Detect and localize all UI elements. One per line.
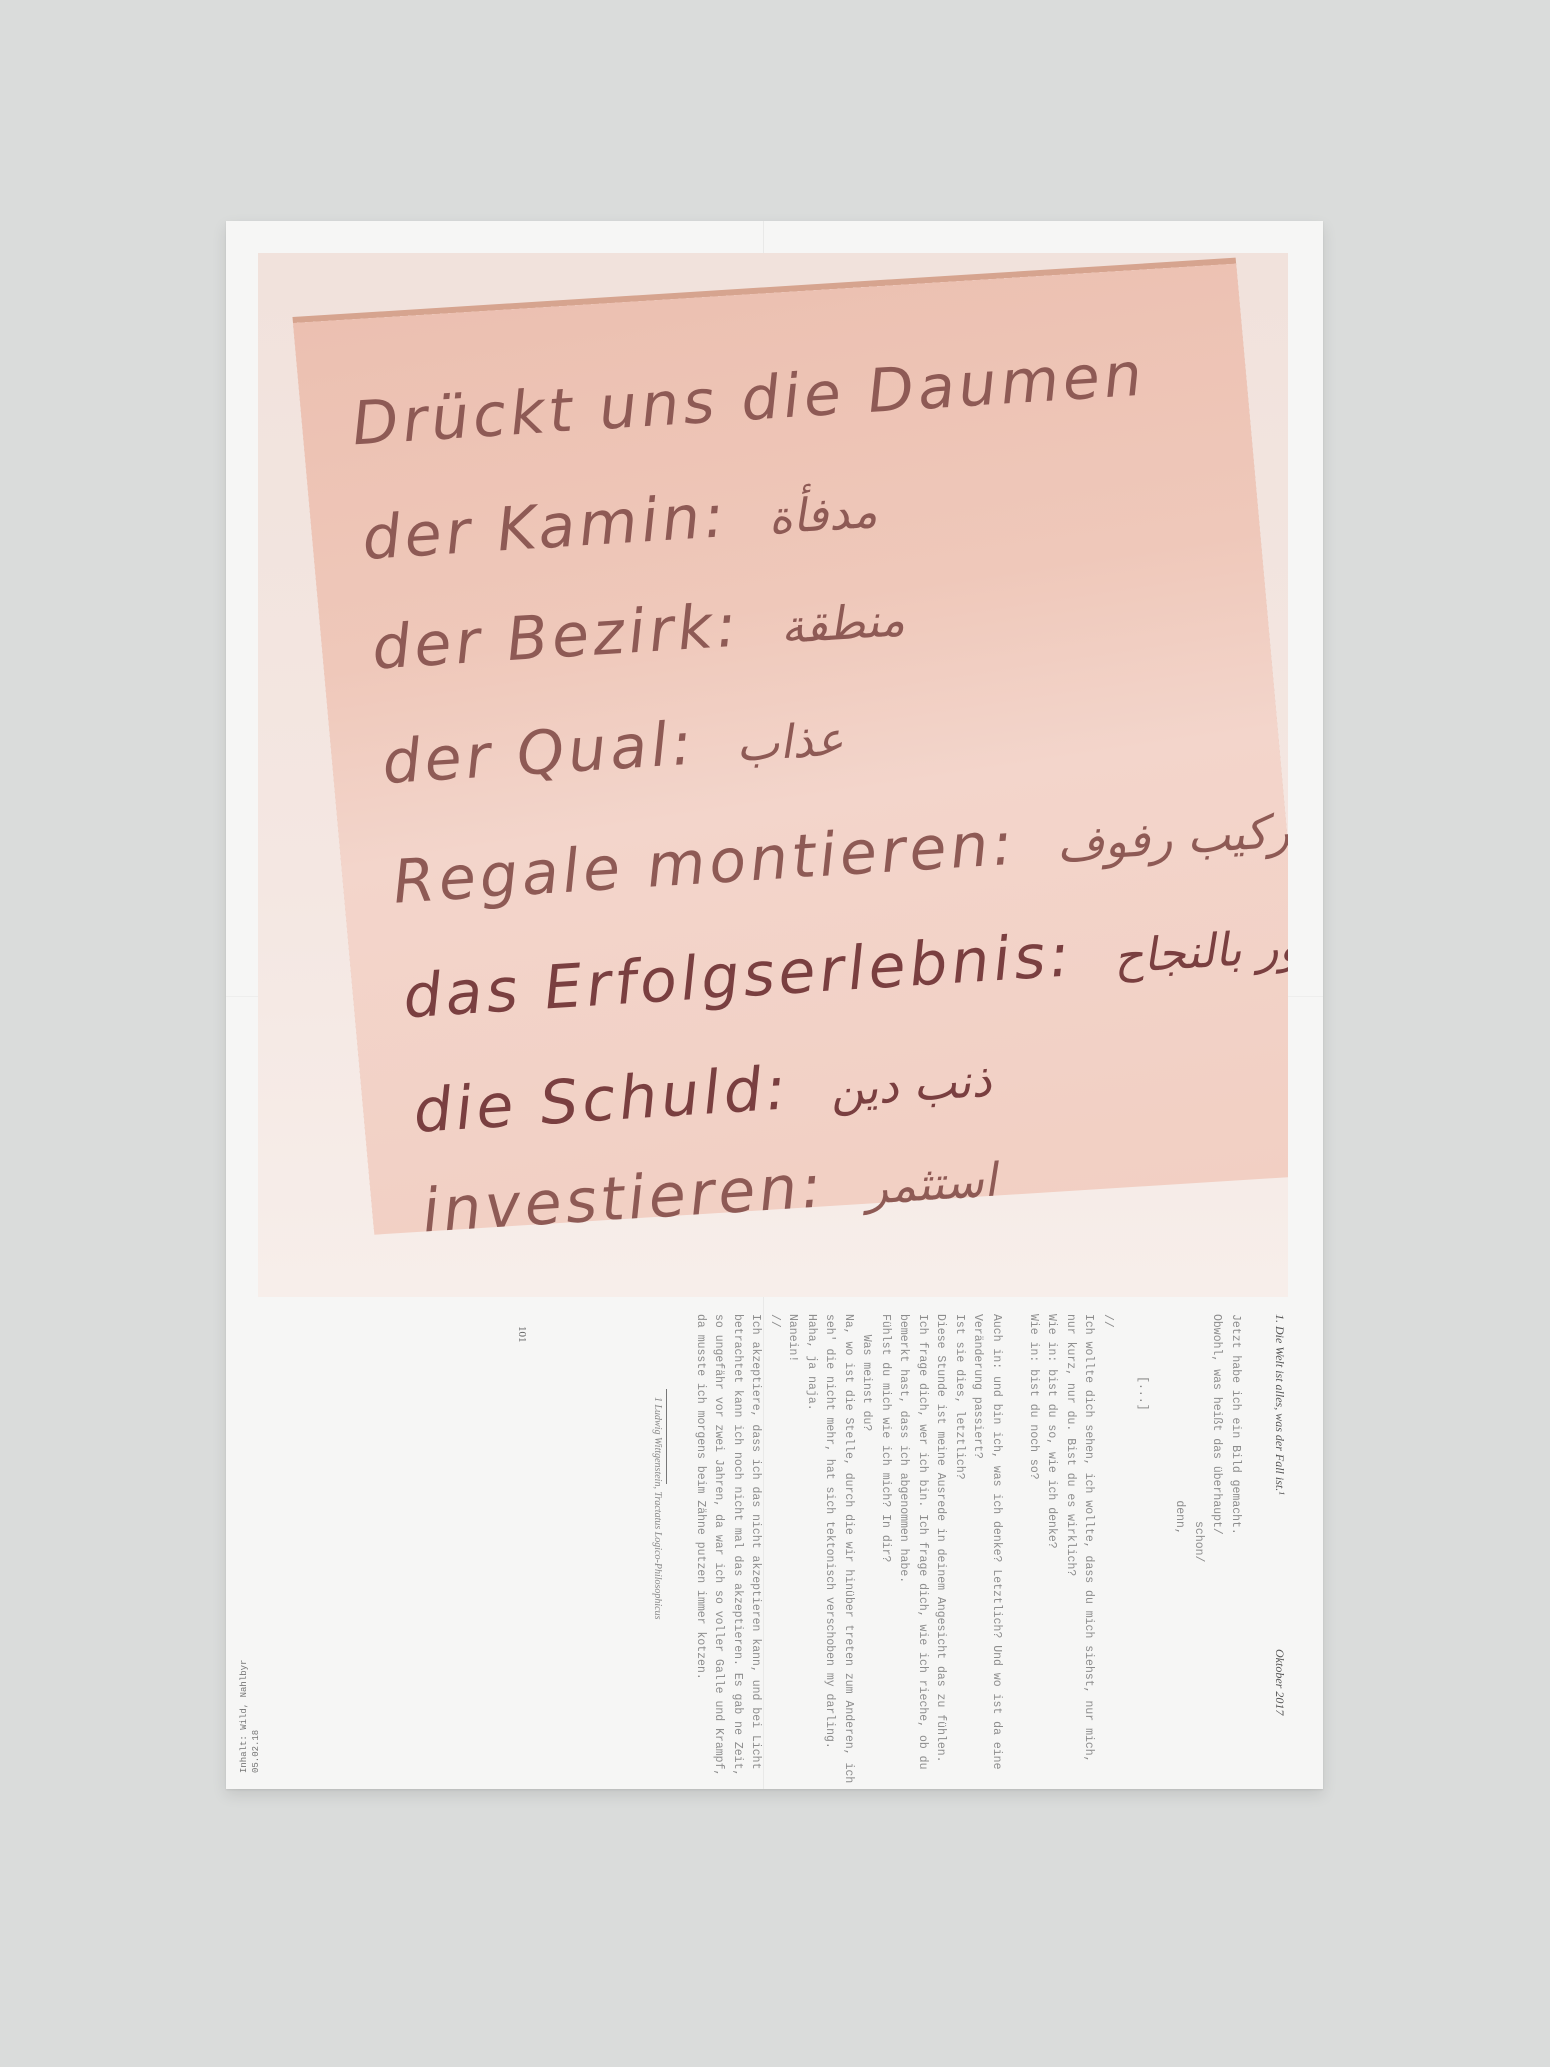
note-paper: Drückt uns die Daumen der Kamin:مدفأة de… <box>293 264 1288 1235</box>
poem-body: // Ich wollte dich sehen, ich wollte, da… <box>691 1314 1117 1783</box>
date-label: Oktober 2017 <box>1272 1649 1287 1715</box>
handwritten-note-photo: Drückt uns die Daumen der Kamin:مدفأة de… <box>258 253 1288 1297</box>
note-line: investieren:استثمر <box>419 1141 998 1247</box>
poster-sheet: Drückt uns die Daumen der Kamin:مدفأة de… <box>226 221 1323 1789</box>
footnote-rule <box>666 1389 667 1484</box>
footnote: 1 Ludwig Wittgenstein, Tractatus Logico-… <box>652 1397 663 1620</box>
note-line: das Erfolgserlebnis:الشعور بالنجاح <box>400 900 1288 1032</box>
page-number: 101 <box>516 1326 528 1343</box>
note-line: der Bezirk:منطقة <box>369 580 907 683</box>
note-line: die Schuld:ذنب دين <box>410 1041 993 1147</box>
note-line: Regale montieren:تركيب رفوف <box>390 791 1288 918</box>
poem-intro: Jetzt habe ich ein Bild gemacht. Obwohl,… <box>1133 1314 1244 1562</box>
section-title: 1. Die Welt ist alles, was der Fall ist.… <box>1272 1314 1287 1495</box>
note-line: der Qual:عذاب <box>379 699 846 798</box>
colophon: Inhalt: Wild, Nahlbyr 05.02.18 <box>238 1660 262 1773</box>
note-line: der Kamin:مدفأة <box>359 472 879 574</box>
note-line: Drückt uns die Daumen <box>349 340 1148 460</box>
